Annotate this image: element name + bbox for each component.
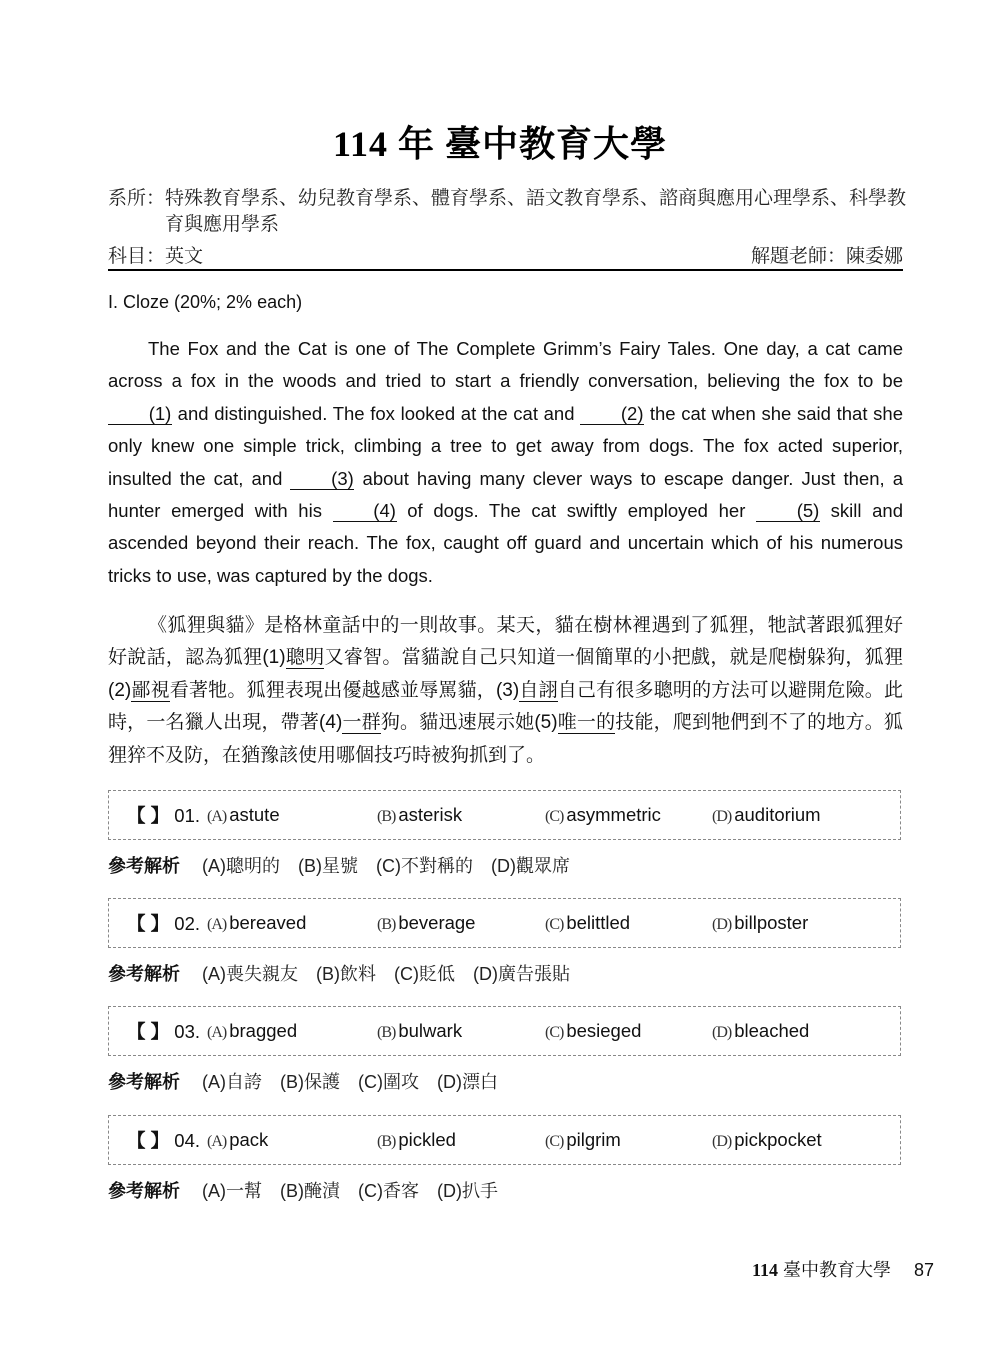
question-box: 【 】 04. (A)pack (B)pickled (C)pilgrim (D…	[108, 1115, 901, 1165]
explanation-label: 參考解析	[108, 1068, 180, 1094]
departments: 系所： 特殊教育學系、幼兒教育學系、體育學系、語文教育學系、諮商與應用心理學系、…	[108, 186, 908, 238]
option-b: (B)pickled	[377, 1129, 456, 1151]
english-passage: The Fox and the Cat is one of The Comple…	[108, 333, 903, 592]
subject-label: 科目：英文	[108, 241, 203, 268]
question-box: 【 】 01. (A)astute (B)asterisk (C)asymmet…	[108, 790, 901, 840]
explanation-item: (D)廣告張貼	[473, 960, 570, 986]
option-b: (B)asterisk	[377, 804, 462, 826]
explanation: 參考解析 (A)一幫 (B)醃漬 (C)香客 (D)扒手	[108, 1177, 901, 1203]
explanation-item: (A)聰明的	[202, 852, 280, 878]
question-number: 03.	[174, 1021, 200, 1042]
explanation-item: (D)扒手	[437, 1177, 498, 1203]
explanation: 參考解析 (A)自誇 (B)保護 (C)圍攻 (D)漂白	[108, 1068, 901, 1094]
question-number: 04.	[174, 1130, 200, 1151]
explanation-item: (B)醃漬	[280, 1177, 340, 1203]
explanation-label: 參考解析	[108, 1177, 180, 1203]
blank-2: (2)	[580, 404, 644, 425]
blank-3: (3)	[290, 469, 354, 490]
option-a: (A)bragged	[207, 1020, 297, 1042]
page-number: 87	[914, 1260, 934, 1280]
passage-text: The Fox and the Cat is one of The Comple…	[108, 338, 903, 391]
option-a: (A)astute	[207, 804, 280, 826]
question-02: 【 】 02. (A)bereaved (B)beverage (C)belit…	[108, 898, 901, 986]
option-d: (D)pickpocket	[712, 1129, 822, 1151]
explanation-item: (C)不對稱的	[376, 852, 473, 878]
option-b: (B)bulwark	[377, 1020, 462, 1042]
blank-5: (5)	[756, 501, 820, 522]
question-03: 【 】 03. (A)bragged (B)bulwark (C)besiege…	[108, 1006, 901, 1094]
option-c: (C)asymmetric	[545, 804, 661, 826]
explanation-label: 參考解析	[108, 960, 180, 986]
question-number: 01.	[174, 805, 200, 826]
explanation-item: (C)貶低	[394, 960, 455, 986]
answer-bracket[interactable]: 【 】	[127, 1021, 169, 1042]
answer-bracket[interactable]: 【 】	[127, 913, 169, 934]
explanation-item: (C)圍攻	[358, 1068, 419, 1094]
explanation-item: (B)飲料	[316, 960, 376, 986]
underlined-answer-1: 聰明	[286, 647, 325, 669]
explanation-item: (C)香客	[358, 1177, 419, 1203]
explanation: 參考解析 (A)喪失親友 (B)飲料 (C)貶低 (D)廣告張貼	[108, 960, 901, 986]
option-d: (D)billposter	[712, 912, 808, 934]
document-page: 114 年 臺中教育大學 系所： 特殊教育學系、幼兒教育學系、體育學系、語文教育…	[0, 0, 1000, 1353]
explanation-item: (B)保護	[280, 1068, 340, 1094]
underlined-answer-3: 自詡	[519, 680, 558, 702]
answer-bracket[interactable]: 【 】	[127, 805, 169, 826]
departments-label: 系所：	[108, 186, 165, 238]
blank-1: (1)	[108, 404, 172, 425]
page-title: 114 年 臺中教育大學	[0, 116, 1000, 167]
underlined-answer-4: 一群	[342, 712, 381, 734]
chinese-translation: 《狐狸與貓》是格林童話中的一則故事。某天，貓在樹林裡遇到了狐狸，牠試著跟狐狸好好…	[108, 610, 903, 772]
passage-text: of dogs. The cat swiftly employed her	[397, 500, 756, 521]
translation-text: 看著牠。狐狸表現出優越感並辱罵貓，(3)	[170, 680, 519, 701]
explanation: 參考解析 (A)聰明的 (B)星號 (C)不對稱的 (D)觀眾席	[108, 852, 901, 878]
option-a: (A)pack	[207, 1129, 268, 1151]
option-c: (C)belittled	[545, 912, 630, 934]
explanation-item: (B)星號	[298, 852, 358, 878]
section-heading: I. Cloze (20%; 2% each)	[108, 292, 302, 313]
explanation-item: (A)自誇	[202, 1068, 262, 1094]
option-c: (C)pilgrim	[545, 1129, 621, 1151]
explanation-item: (D)觀眾席	[491, 852, 570, 878]
departments-value: 特殊教育學系、幼兒教育學系、體育學系、語文教育學系、諮商與應用心理學系、科學教育…	[165, 186, 908, 238]
underlined-answer-2: 鄙視	[131, 680, 170, 702]
passage-text: and distinguished. The fox looked at the…	[172, 403, 580, 424]
blank-4: (4)	[333, 501, 397, 522]
question-number: 02.	[174, 913, 200, 934]
option-c: (C)besieged	[545, 1020, 641, 1042]
question-box: 【 】 03. (A)bragged (B)bulwark (C)besiege…	[108, 1006, 901, 1056]
page-footer: 114 臺中教育大學 87	[752, 1256, 934, 1282]
explanation-item: (A)喪失親友	[202, 960, 298, 986]
option-d: (D)auditorium	[712, 804, 821, 826]
option-d: (D)bleached	[712, 1020, 809, 1042]
question-box: 【 】 02. (A)bereaved (B)beverage (C)belit…	[108, 898, 901, 948]
option-b: (B)beverage	[377, 912, 475, 934]
footer-school: 臺中教育大學	[783, 1260, 891, 1280]
question-01: 【 】 01. (A)astute (B)asterisk (C)asymmet…	[108, 790, 901, 878]
teacher-label: 解題老師：陳委娜	[751, 241, 903, 268]
header-divider	[108, 269, 903, 271]
explanation-item: (D)漂白	[437, 1068, 498, 1094]
question-04: 【 】 04. (A)pack (B)pickled (C)pilgrim (D…	[108, 1115, 901, 1203]
option-a: (A)bereaved	[207, 912, 306, 934]
explanation-label: 參考解析	[108, 852, 180, 878]
subject-row: 科目：英文 解題老師：陳委娜	[108, 241, 903, 268]
underlined-answer-5: 唯一的	[558, 712, 616, 734]
translation-text: 狗。貓迅速展示她(5)	[381, 712, 558, 733]
footer-year: 114	[752, 1260, 778, 1280]
answer-bracket[interactable]: 【 】	[127, 1130, 169, 1151]
explanation-item: (A)一幫	[202, 1177, 262, 1203]
